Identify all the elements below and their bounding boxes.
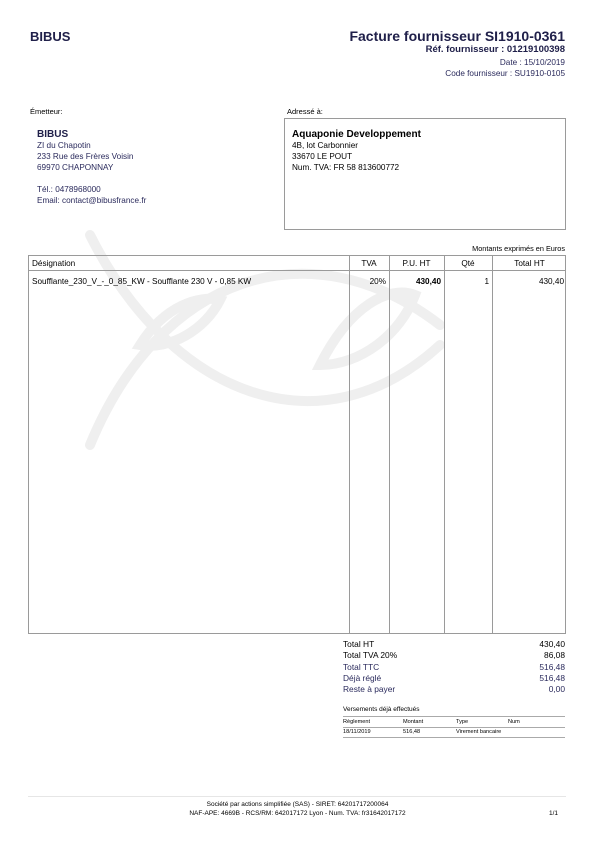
col-header-qty: Qté xyxy=(444,259,492,268)
payments-header: Règlement Montant Type Num xyxy=(343,718,565,728)
recipient-address-line1: 4B, lot Carbonnier xyxy=(292,141,358,150)
emitter-phone: Tél.: 0478968000 xyxy=(37,185,101,194)
row-designation: Soufflante_230_V_-_0_85_KW - Soufflante … xyxy=(32,277,251,286)
emitter-label: Émetteur: xyxy=(30,107,63,116)
payments-col-type: Type xyxy=(456,719,468,725)
payment-type: Virement bancaire xyxy=(456,729,501,735)
col-header-tva: TVA xyxy=(349,259,389,268)
recipient-label: Adressé à: xyxy=(287,107,323,116)
invoice-lines-table: Désignation TVA P.U. HT Qté Total HT Sou… xyxy=(28,255,566,634)
table-row: 18/11/2019 516,48 Virement bancaire xyxy=(343,728,565,737)
payments-col-num: Num xyxy=(508,719,520,725)
footer-divider xyxy=(28,796,566,797)
row-tva: 20% xyxy=(349,277,386,286)
already-paid-value: 516,48 xyxy=(539,673,565,683)
remaining-value: 0,00 xyxy=(549,684,565,694)
total-ttc-row: Total TTC 516,48 xyxy=(343,662,565,673)
col-header-unit-price: P.U. HT xyxy=(389,259,444,268)
already-paid-label: Déjà réglé xyxy=(343,673,381,683)
footer-legal-line1: Société par actions simplifiée (SAS) - S… xyxy=(0,801,595,808)
currency-note: Montants exprimés en Euros xyxy=(472,244,565,253)
total-ht-label: Total HT xyxy=(343,639,374,649)
recipient-name: Aquaponie Developpement xyxy=(292,129,421,140)
total-ttc-value: 516,48 xyxy=(539,662,565,672)
emitter-address-line1: ZI du Chapotin xyxy=(37,141,91,150)
payments-col-date: Règlement xyxy=(343,719,370,725)
payment-amount: 516,48 xyxy=(403,729,420,735)
recipient-vat: Num. TVA: FR 58 813600772 xyxy=(292,163,399,172)
remaining-label: Reste à payer xyxy=(343,684,395,694)
total-tva-value: 86,08 xyxy=(544,650,565,660)
invoice-title: Facture fournisseur SI1910-0361 xyxy=(349,28,565,44)
row-unit-price: 430,40 xyxy=(389,277,441,286)
supplier-reference: Réf. fournisseur : 01219100398 xyxy=(426,44,565,55)
row-total-ht: 430,40 xyxy=(492,277,564,286)
totals-block: Total HT 430,40 Total TVA 20% 86,08 Tota… xyxy=(343,639,565,695)
total-tva-row: Total TVA 20% 86,08 xyxy=(343,650,565,661)
col-header-total-ht: Total HT xyxy=(492,259,567,268)
total-ht-value: 430,40 xyxy=(539,639,565,649)
page-number: 1/1 xyxy=(549,810,558,817)
recipient-address-block: Aquaponie Developpement 4B, lot Carbonni… xyxy=(284,118,566,230)
company-name: BIBUS xyxy=(30,29,70,44)
emitter-address-block: BIBUS ZI du Chapotin 233 Rue des Frères … xyxy=(30,118,270,216)
col-header-designation: Désignation xyxy=(32,259,75,268)
recipient-address-line2: 33670 LE POUT xyxy=(292,152,352,161)
emitter-email[interactable]: Email: contact@bibusfrance.fr xyxy=(37,196,146,205)
emitter-address-line2: 233 Rue des Frères Voisin xyxy=(37,152,133,161)
already-paid-row: Déjà réglé 516,48 xyxy=(343,673,565,684)
supplier-code: Code fournisseur : SU1910-0105 xyxy=(445,69,565,78)
total-tva-label: Total TVA 20% xyxy=(343,650,397,660)
payments-block: Versements déjà effectués Règlement Mont… xyxy=(343,706,565,738)
emitter-address-line3: 69970 CHAPONNAY xyxy=(37,163,113,172)
payments-col-amount: Montant xyxy=(403,719,423,725)
invoice-date: Date : 15/10/2019 xyxy=(500,58,565,67)
row-qty: 1 xyxy=(444,277,489,286)
total-ht-row: Total HT 430,40 xyxy=(343,639,565,650)
payment-date: 18/11/2019 xyxy=(343,729,371,735)
emitter-name: BIBUS xyxy=(37,129,68,140)
payments-title: Versements déjà effectués xyxy=(343,706,565,713)
footer-legal-line2: NAF-APE: 4669B - RCS/RM: 642017172 Lyon … xyxy=(0,810,595,817)
total-ttc-label: Total TTC xyxy=(343,662,379,672)
payments-table: Règlement Montant Type Num 18/11/2019 51… xyxy=(343,716,565,738)
remaining-row: Reste à payer 0,00 xyxy=(343,684,565,695)
